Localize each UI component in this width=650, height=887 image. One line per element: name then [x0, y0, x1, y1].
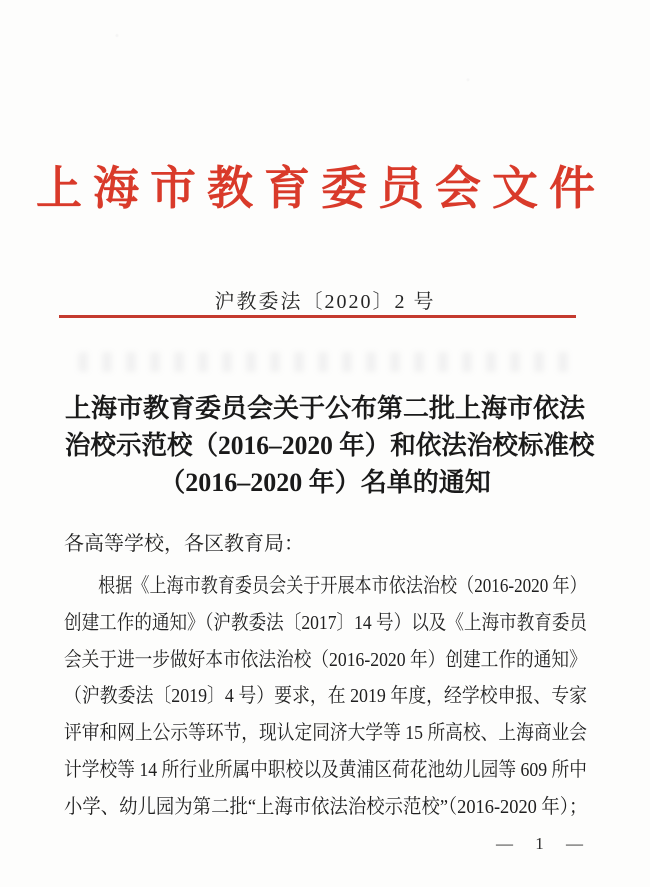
- scan-bleedthrough-artifact: [78, 352, 572, 372]
- salutation-line: 各高等学校，各区教育局：: [64, 531, 604, 558]
- document-title-line: （2016–2020 年）名单的通知: [60, 464, 590, 501]
- page-number: — 1 —: [496, 834, 592, 854]
- body-text-line: 评审和网上公示等环节，现认定同济大学等 15 所高校、上海商业会: [64, 715, 528, 752]
- document-title: 上海市教育委员会关于公布第二批上海市依法 治校示范校（2016–2020 年）和…: [60, 390, 590, 501]
- body-text-line: 会关于进一步做好本市依法治校（2016-2020 年）创建工作的通知》: [64, 642, 526, 679]
- body-text-line: 创建工作的通知》（沪教委法〔2017〕14 号）以及《上海市教育委员: [64, 605, 524, 642]
- body-text-line: 根据《上海市教育委员会关于开展本市依法治校（2016-2020 年）: [64, 568, 511, 605]
- red-divider-rule: [59, 315, 576, 318]
- document-title-line: 治校示范校（2016–2020 年）和依法治校标准校: [65, 427, 585, 464]
- document-page: 上海市教育委员会文件 沪教委法〔2020〕2 号 上海市教育委员会关于公布第二批…: [0, 0, 650, 887]
- document-number: 沪教委法〔2020〕2 号: [0, 289, 650, 315]
- document-title-line: 上海市教育委员会关于公布第二批上海市依法: [60, 390, 590, 427]
- body-text-line: （沪教委法〔2019〕4 号）要求，在 2019 年度，经学校申报、专家: [64, 678, 532, 715]
- body-paragraph: 根据《上海市教育委员会关于开展本市依法治校（2016-2020 年） 创建工作的…: [64, 568, 587, 826]
- body-text-line: 小学、幼儿园为第二批“上海市依法治校示范校”（2016-2020 年）；: [64, 789, 545, 826]
- document-masthead: 上海市教育委员会文件: [0, 160, 646, 218]
- body-text-line: 计学校等 14 所行业所属中职校以及黄浦区荷花池幼儿园等 609 所中: [64, 752, 528, 789]
